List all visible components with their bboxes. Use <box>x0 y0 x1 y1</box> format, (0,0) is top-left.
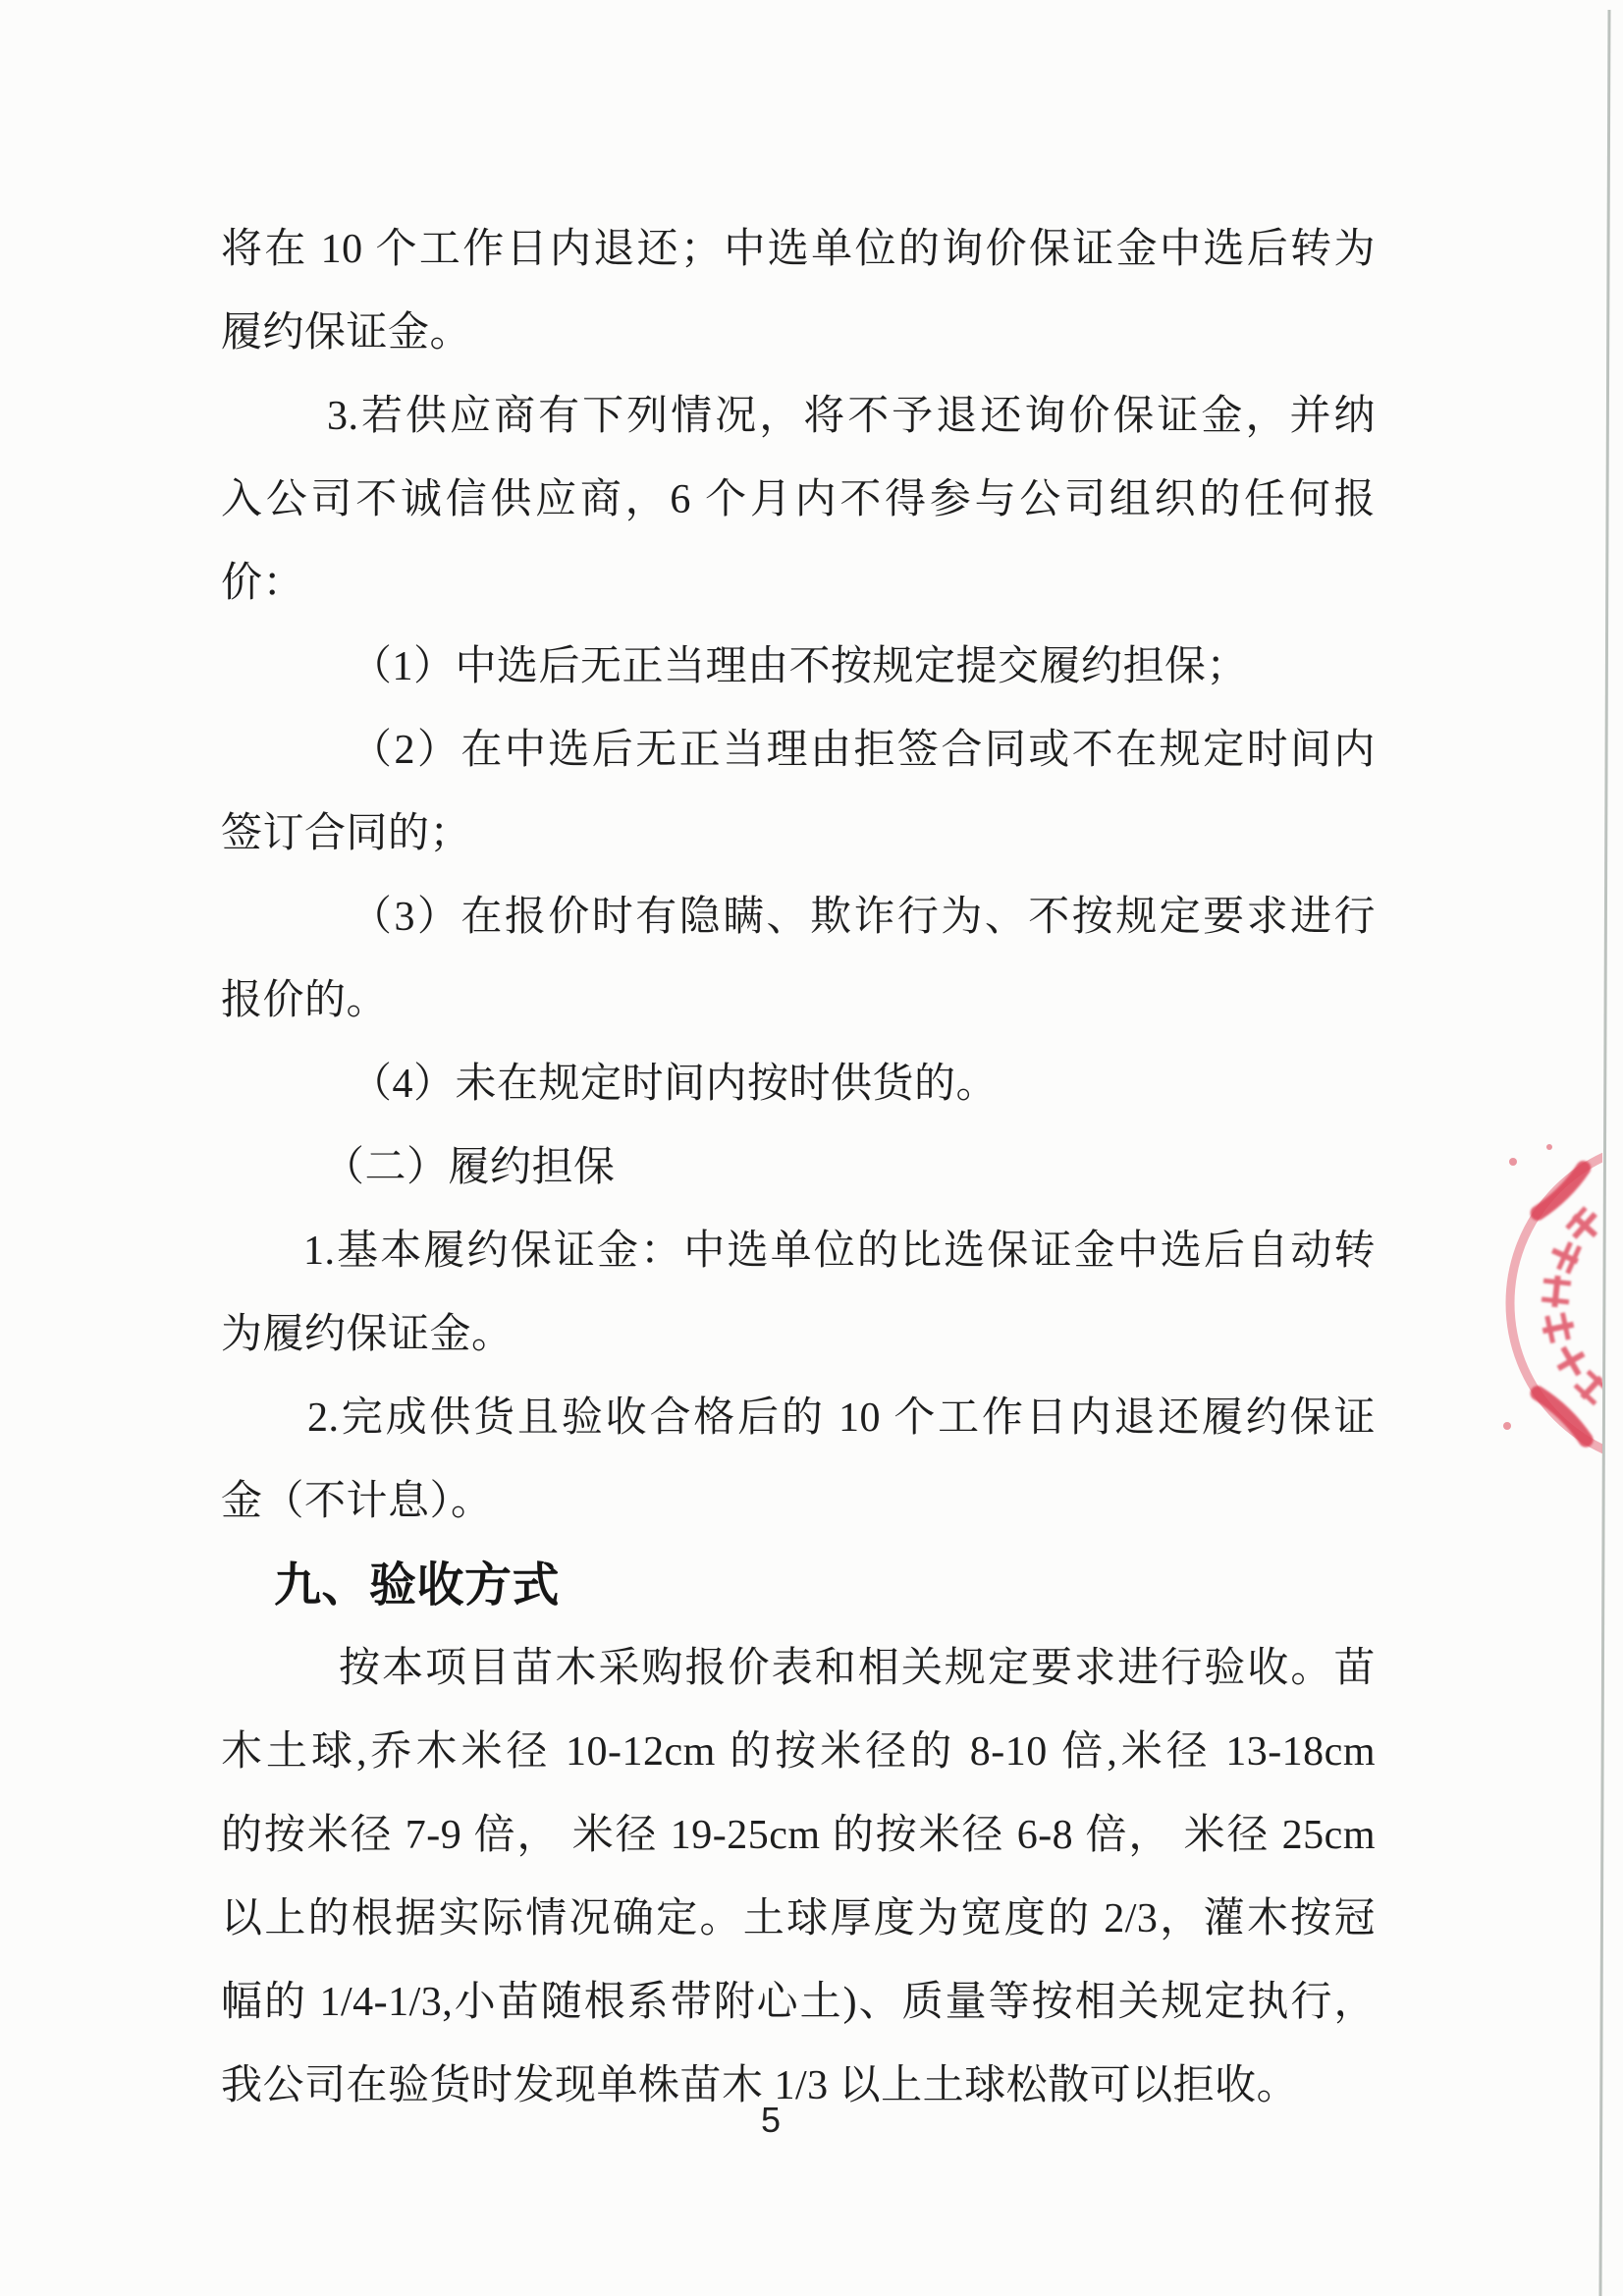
text-line: 报价的。 <box>221 959 1376 1043</box>
text-line: 为履约保证金。 <box>221 1293 1376 1377</box>
page-number: 5 <box>221 2100 1321 2141</box>
text-line: 价： <box>221 542 1376 626</box>
text-line: 履约保证金。 <box>221 292 1376 375</box>
text-line: 以上的根据实际情况确定。土球厚度为宽度的 2/3，灌木按冠 <box>221 1878 1376 1961</box>
seal-ring <box>1510 1142 1623 1464</box>
text-line: 木土球,乔木米径 10-12cm 的按米径的 8-10 倍,米径 13-18cm <box>221 1711 1376 1794</box>
scanner-edge-line <box>1600 10 1609 2296</box>
text-line: 2.完成供货且验收合格后的 10 个工作日内退还履约保证 <box>221 1377 1376 1460</box>
text-line: 按本项目苗木采购报价表和相关规定要求进行验收。苗 <box>221 1627 1376 1711</box>
text-line: （1）中选后无正当理由不按规定提交履约担保； <box>221 626 1376 709</box>
text-line: 签订合同的； <box>221 793 1376 876</box>
section-heading: 九、验收方式 <box>221 1544 1376 1627</box>
text-line: 将在 10 个工作日内退还；中选单位的询价保证金中选后转为 <box>221 208 1376 292</box>
text-line: （3）在报价时有隐瞒、欺诈行为、不按规定要求进行 <box>221 876 1376 959</box>
seal-arc-bottom <box>1538 1394 1586 1440</box>
text-line: 的按米径 7-9 倍， 米径 19-25cm 的按米径 6-8 倍， 米径 25… <box>221 1794 1376 1878</box>
text-block: 将在 10 个工作日内退还；中选单位的询价保证金中选后转为履约保证金。3.若供应… <box>221 208 1376 2128</box>
text-line: 金（不计息）。 <box>221 1460 1376 1544</box>
text-line: （二）履约担保 <box>221 1126 1376 1210</box>
text-line: 3.若供应商有下列情况，将不予退还询价保证金，并纳 <box>221 375 1376 459</box>
text-line: （2）在中选后无正当理由拒签合同或不在规定时间内 <box>221 709 1376 793</box>
text-line: 幅的 1/4-1/3,小苗随根系带附心土)、质量等按相关规定执行， <box>221 1961 1376 2045</box>
document-page: 将在 10 个工作日内退还；中选单位的询价保证金中选后转为履约保证金。3.若供应… <box>0 0 1623 2296</box>
text-line: 1.基本履约保证金：中选单位的比选保证金中选后自动转 <box>221 1210 1376 1293</box>
seal-arc-top <box>1538 1169 1584 1214</box>
text-line: （4）未在规定时间内按时供货的。 <box>221 1043 1376 1126</box>
text-line: 入公司不诚信供应商，6 个月内不得参与公司组织的任何报 <box>221 459 1376 542</box>
company-seal-stamp <box>1503 1142 1623 1464</box>
seal-glyphs <box>1540 1204 1610 1407</box>
seal-ink-specks <box>1503 1144 1552 1430</box>
